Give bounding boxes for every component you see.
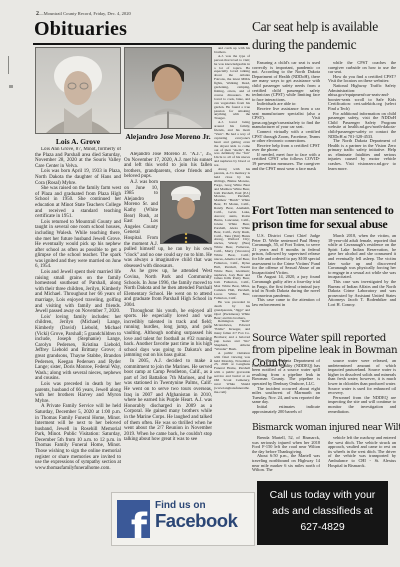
classifieds-ad-line: ads and classifieds at — [257, 504, 388, 520]
paragraph: U.S. District Court Chief Judge Peter D.… — [252, 234, 320, 275]
paragraph: Remington "Rem" McAndrews, Edward "Eddie… — [214, 320, 250, 351]
paragraph: Receive live assistance from a car seat … — [252, 107, 320, 130]
paragraph: source water were released, an undetermi… — [328, 359, 396, 396]
facebook-ad: f Find us on Facebook — [111, 492, 255, 546]
paragraph: Initial estimates indicate approximately… — [252, 405, 320, 414]
paragraph: About 6:50 p.m., the Martell was traveli… — [252, 454, 320, 472]
paragraph: Lois was born April 19, 1933 in Plaza, N… — [35, 169, 121, 186]
obituary-column-continuation: and catch up with his brothers. A.J. was… — [214, 47, 250, 492]
paragraph: A.J. loved being around his family, frie… — [214, 121, 250, 168]
paragraph: As he grew up, he attended West Covina, … — [124, 269, 212, 308]
navy-sailor-portrait-illustration — [161, 182, 211, 243]
paragraph: Personnel from the NDDEQ are inspecting … — [328, 396, 396, 414]
paragraph: A public visitation with final viewing w… — [214, 352, 250, 395]
facebook-ad-line-large: Facebook — [155, 511, 237, 530]
lois-grove-photo — [35, 47, 121, 134]
facebook-logo-square: f — [117, 500, 150, 538]
headline-fort-totten: Fort Totten man sentenced to prison time… — [252, 203, 400, 232]
paragraph: She was raised on the family farm west o… — [35, 186, 121, 220]
headline-car-seat: Car seat help is available during the pa… — [252, 18, 400, 53]
car-seat-column-2: while the CPST coaches the caregiver cur… — [328, 61, 396, 210]
paragraph: Connect virtually with a certified CPST … — [252, 130, 320, 144]
paragraph: The incident occurred about eight miles … — [252, 387, 320, 405]
paragraph: Lois returned to Mountrail County and ta… — [35, 220, 121, 270]
paragraph: Lois Ann Grove, 87, Minot, formerly of t… — [35, 147, 121, 169]
paragraph: The North Dakota Department of Health is… — [328, 139, 396, 171]
masthead: 2—Mountrail County Record, Friday, Dec. … — [36, 11, 131, 17]
facebook-f-icon: f — [131, 506, 147, 538]
classifieds-ad-line: Call us today with your — [257, 488, 388, 504]
paragraph: A.J. was the type of person that loved t… — [214, 55, 250, 121]
paragraph: This case was investigated by the Bureau… — [328, 280, 396, 308]
paragraph: Throughout his youth, he enjoyed all spo… — [124, 309, 212, 359]
paragraph: The North Dakota Department of Environme… — [252, 359, 320, 387]
elderly-woman-portrait-illustration — [36, 48, 120, 133]
fort-totten-column-1: U.S. District Court Chief Judge Peter D.… — [252, 234, 320, 330]
facebook-ad-text: Find us on Facebook — [155, 500, 237, 530]
obituary-name-lois-grove: Lois A. Grove — [35, 137, 121, 146]
paragraph: This case came to the attention of law e… — [252, 298, 320, 307]
paragraph: National Highway Traffic Safety Administ… — [328, 84, 396, 112]
source-water-column-1: The North Dakota Department of Environme… — [252, 359, 320, 423]
paragraph: In 2005, A.J. decided to make a commitme… — [124, 359, 212, 443]
alejandro-moreno-photo — [124, 47, 212, 129]
bismarck-column-2: vehicle left the roadway and entered the… — [328, 436, 396, 481]
section-title-obituaries: Obituaries — [34, 18, 127, 41]
obituary-column-alejandro: Alejandro Jose Moreno Jr. "A.J.", 35, On… — [124, 152, 212, 492]
car-seat-column-1: Ensuring a child's car seat is used corr… — [252, 61, 320, 210]
obituaries-rule — [33, 43, 248, 45]
paragraph: while the CPST coaches the caregiver cur… — [328, 61, 396, 75]
paragraph: Ensuring a child's car seat is used corr… — [252, 61, 320, 102]
paragraph: He was preceded in death by his grandpar… — [214, 301, 250, 321]
paragraph: Along with his parents, A.J.'s memory is… — [214, 168, 250, 301]
young-man-portrait-illustration — [125, 48, 211, 128]
navy-sailor-photo — [160, 181, 212, 244]
paragraph: For additional information on child pass… — [328, 112, 396, 140]
fort-totten-column-2: March 2018, when the victim, an 18-year-… — [328, 234, 396, 330]
paragraph: If needed, meet face to face with a cert… — [252, 153, 320, 171]
obituary-column-lois: Lois Ann Grove, 87, Minot, formerly of t… — [35, 147, 121, 549]
source-water-column-2: source water were released, an undetermi… — [328, 359, 396, 423]
paragraph: Lois was preceded in death by her parent… — [35, 382, 121, 404]
paragraph: vehicle left the roadway and entered the… — [328, 436, 396, 468]
paragraph: Brenda Martell, 52, of Bismarck, was ser… — [252, 436, 320, 454]
scan-artifact-dot — [9, 85, 13, 88]
obituary-name-alejandro-moreno: Alejandro Jose Moreno Jr. — [124, 132, 212, 141]
paragraph: On August 14, 2020, a jury found Cavanau… — [252, 275, 320, 298]
headline-bismarck: Bismarck woman injured near Wilton — [252, 422, 400, 433]
masthead-text: —Mountrail County Record, Friday, Dec. 4… — [39, 11, 131, 16]
classifieds-ad: Call us today with your ads and classifi… — [257, 481, 388, 545]
newspaper-page: 2—Mountrail County Record, Friday, Dec. … — [0, 0, 400, 567]
scan-artifact-line — [8, 56, 9, 74]
paragraph: Alejandro Jose Moreno Jr. "A.J.", 35, On… — [124, 152, 212, 180]
paragraph: Lois and Jewell spent their married life… — [35, 270, 121, 315]
paragraph: March 2018, when the victim, an 18-year-… — [328, 234, 396, 280]
paragraph: Lois' loving family includes: her childr… — [35, 315, 121, 382]
paragraph: A Private Family Service will be held Sa… — [35, 404, 121, 471]
bismarck-column-1: Brenda Martell, 52, of Bismarck, was ser… — [252, 436, 320, 481]
classifieds-ad-phone: 627-4829 — [257, 520, 388, 536]
